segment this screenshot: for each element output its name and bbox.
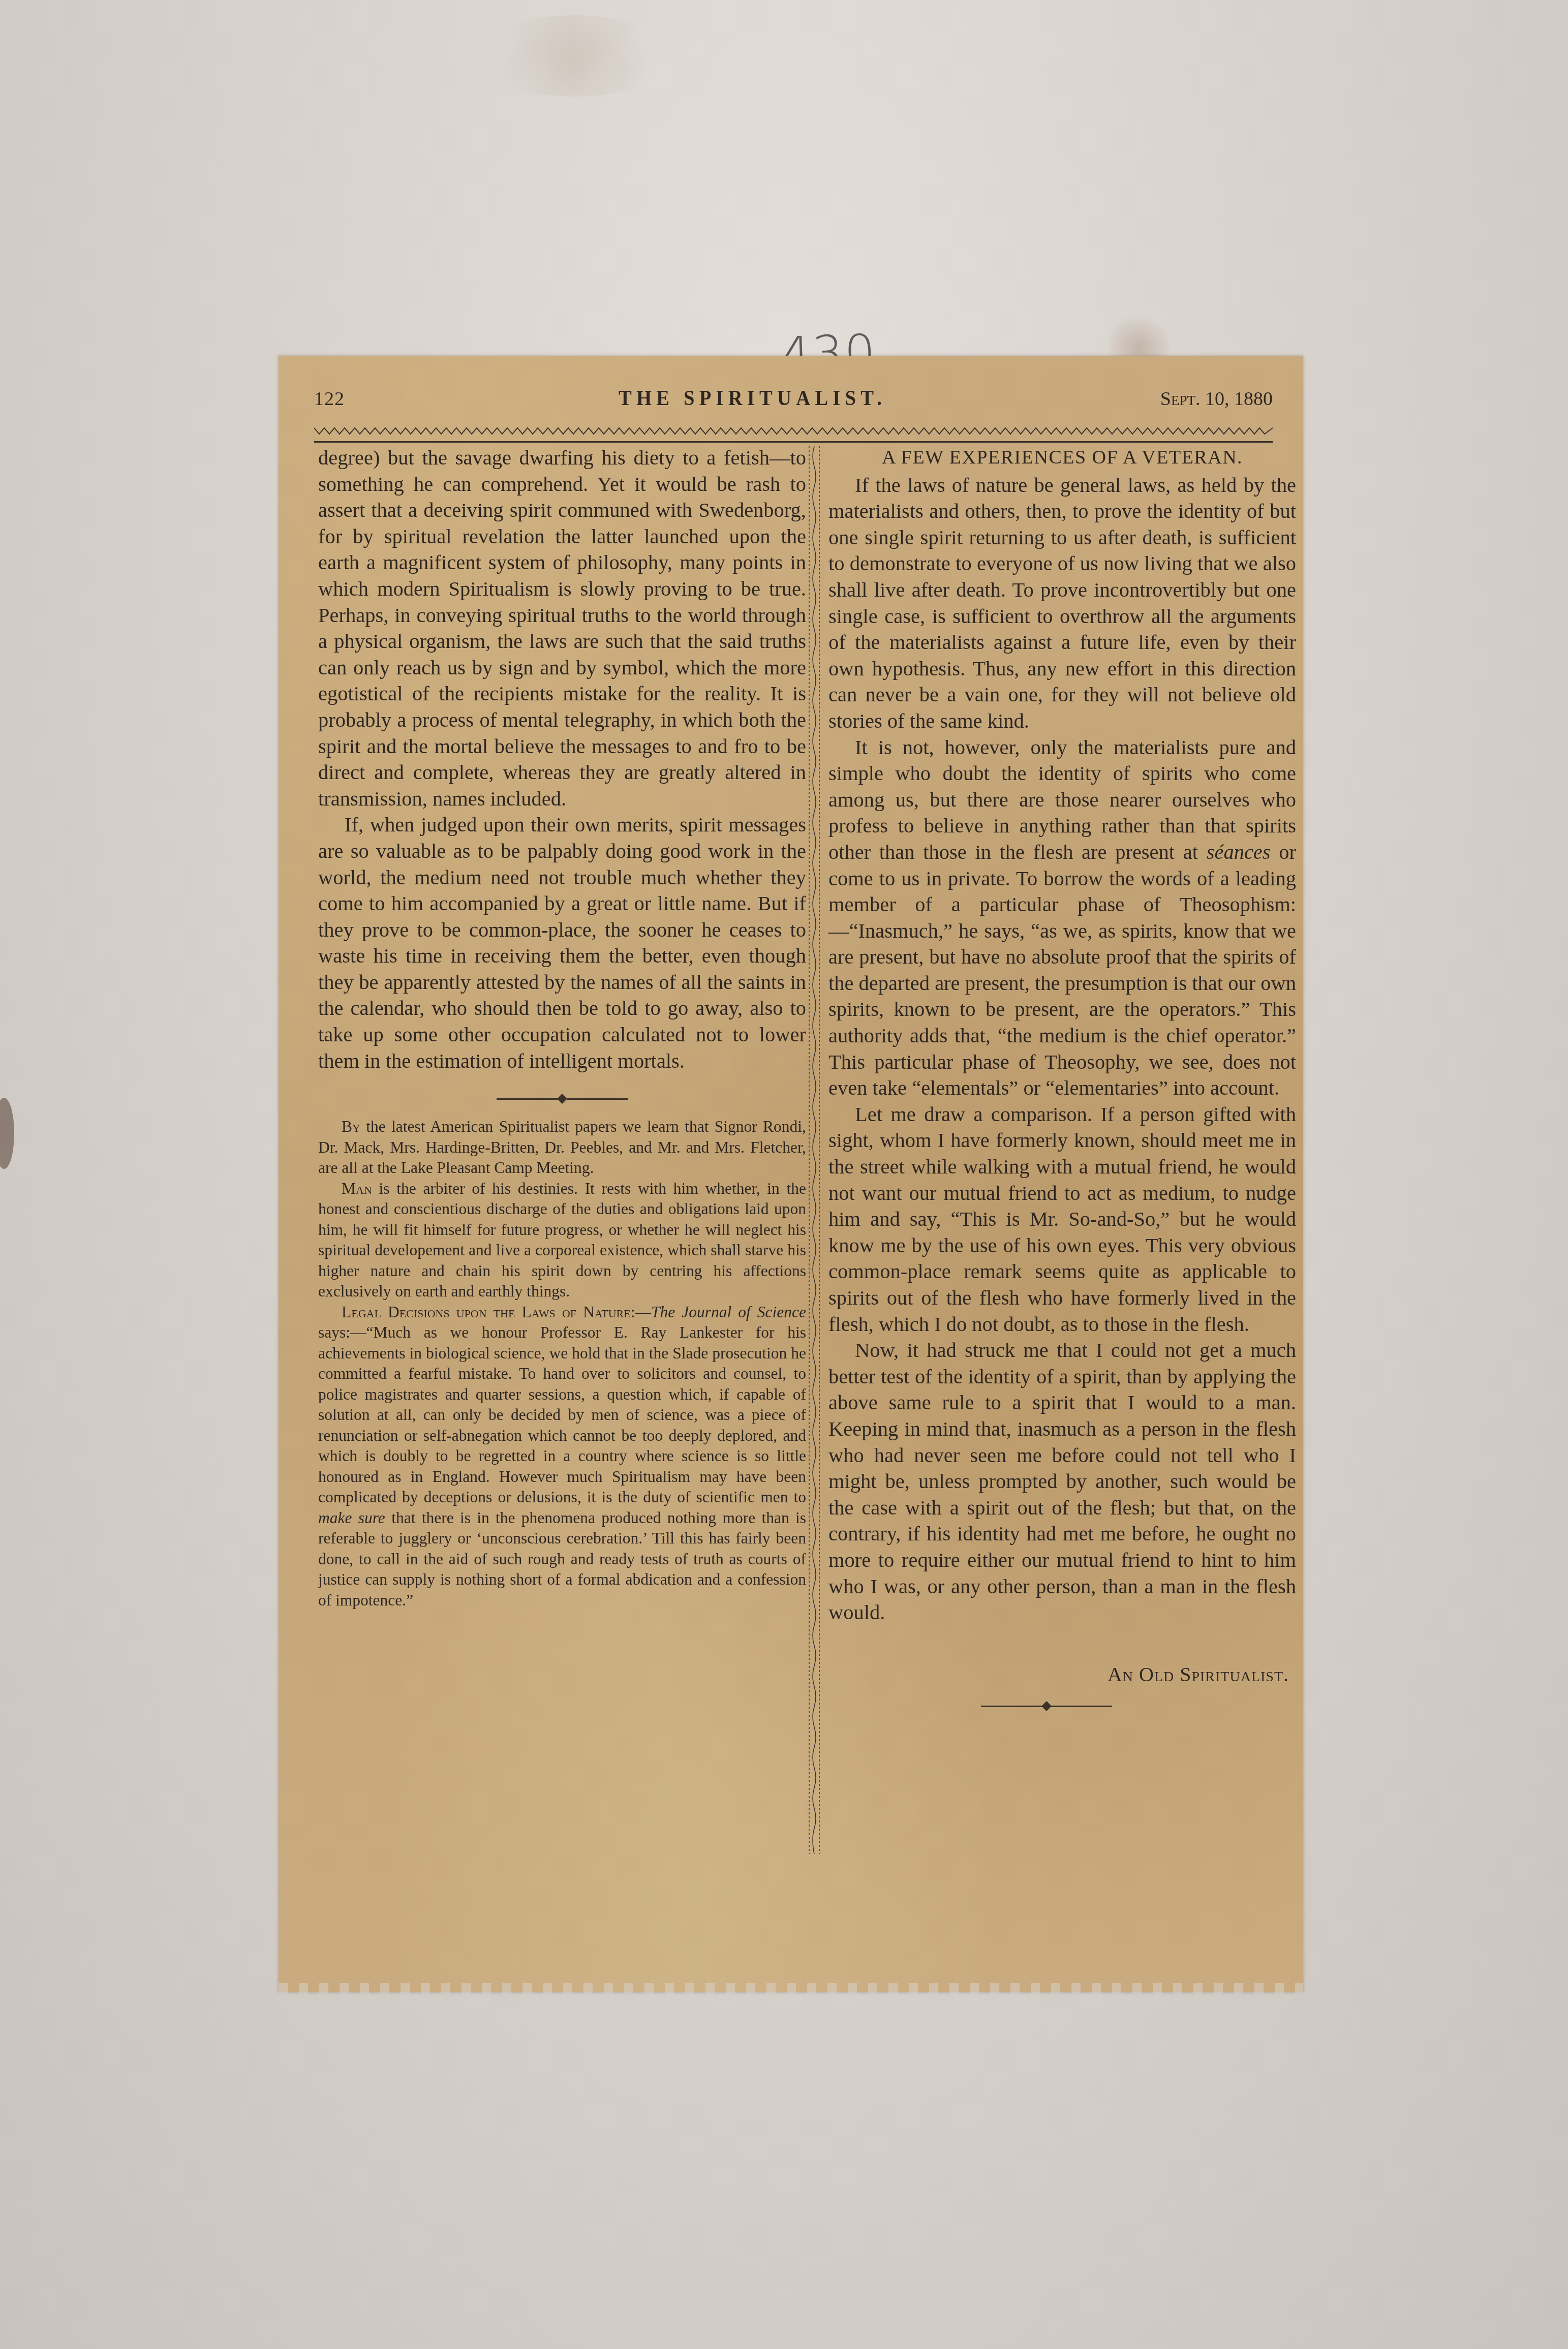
page-number: 122 — [314, 388, 345, 410]
zigzag-border-ornament — [314, 426, 1273, 436]
masthead-rule — [314, 441, 1273, 443]
section-ornament — [318, 1095, 806, 1102]
column-divider — [807, 446, 821, 1854]
left-column: degree) but the savage dwarfing his diet… — [318, 445, 806, 1611]
issue-date: Sept. 10, 1880 — [1160, 388, 1273, 410]
article-paragraph: If, when judged upon their own merits, s… — [318, 812, 806, 1074]
article-paragraph: Let me draw a comparison. If a person gi… — [828, 1101, 1296, 1337]
article-paragraph: degree) but the savage dwarfing his diet… — [318, 445, 806, 812]
article-paragraph: Now, it had struck me that I could not g… — [828, 1337, 1296, 1626]
newspaper-title: THE SPIRITUALIST. — [619, 386, 886, 411]
article-paragraph: It is not, however, only the materialist… — [828, 734, 1296, 1101]
mount-stain — [478, 15, 671, 97]
torn-paper-edge — [279, 1983, 1303, 1994]
tack-hole-mark — [0, 1098, 14, 1169]
diamond-ornament-icon — [1041, 1701, 1052, 1711]
article-paragraph: If the laws of nature be general laws, a… — [828, 472, 1296, 734]
masthead: 122 THE SPIRITUALIST. Sept. 10, 1880 — [314, 386, 1273, 422]
note-paragraph: By the latest American Spiritualist pape… — [318, 1117, 806, 1179]
newspaper-clipping: 122 THE SPIRITUALIST. Sept. 10, 1880 deg… — [279, 356, 1303, 1992]
right-column: A FEW EXPERIENCES OF A VETERAN. If the l… — [828, 445, 1296, 1724]
news-notes: By the latest American Spiritualist pape… — [318, 1117, 806, 1611]
diamond-ornament-icon — [557, 1094, 567, 1104]
author-signature: An Old Spiritualist. — [828, 1661, 1296, 1688]
end-ornament — [828, 1703, 1296, 1710]
note-paragraph: Man is the arbiter of his destinies. It … — [318, 1179, 806, 1302]
article-heading: A FEW EXPERIENCES OF A VETERAN. — [828, 445, 1296, 471]
note-paragraph: Legal Decisions upon the Laws of Nature:… — [318, 1302, 806, 1611]
